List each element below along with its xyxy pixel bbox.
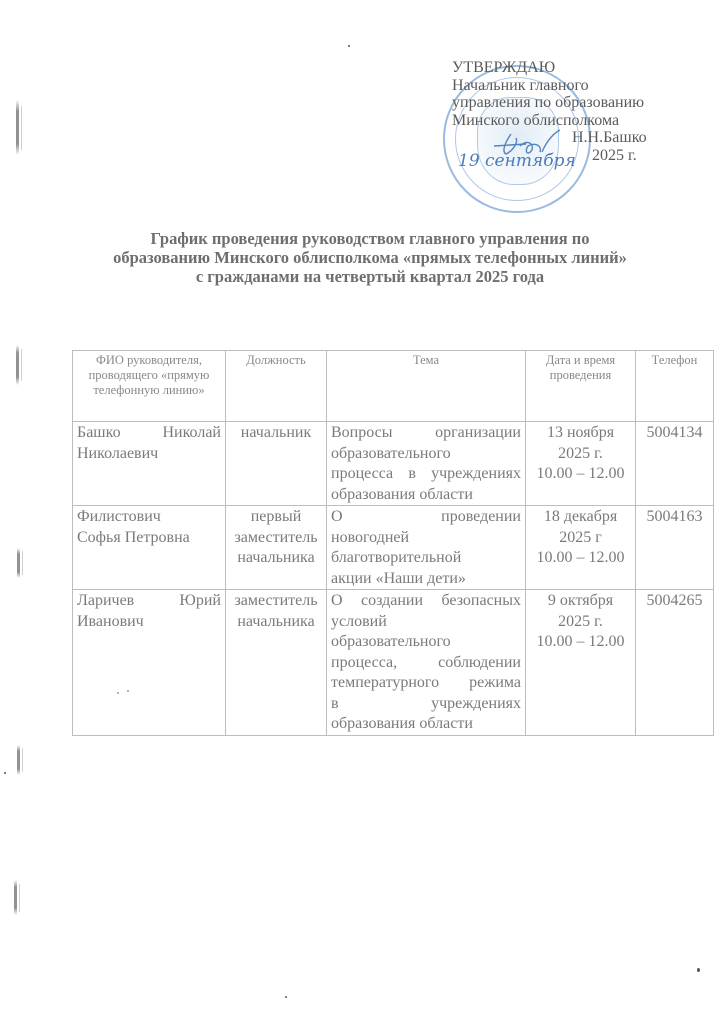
table-row: Башко Николай Николаевич начальник Вопро… (73, 422, 714, 506)
cell-manager-name: Филистович Софья Петровна (73, 506, 226, 590)
header-manager-name: ФИО руководителя, проводящего «прямую те… (73, 351, 226, 422)
scan-mark (17, 745, 20, 775)
document-title: График проведения руководством главного … (60, 229, 680, 286)
title-line: образованию Минского облисполкома «прямы… (60, 248, 680, 267)
table-row: Ларичев Юрий Иванович заместитель началь… (73, 590, 714, 736)
scan-speck (697, 968, 700, 972)
scan-speck (285, 996, 287, 998)
cell-position: первый заместитель начальника (226, 506, 327, 590)
cell-date-time: 13 ноября 2025 г. 10.00 – 12.00 (526, 422, 636, 506)
handwritten-date: 19 сентября (458, 151, 576, 171)
handwritten-signature: 19 сентября (456, 128, 616, 178)
cell-phone: 5004134 (636, 422, 714, 506)
cell-date-time: 9 октября 2025 г. 10.00 – 12.00 (526, 590, 636, 736)
table-row: Филистович Софья Петровна первый замести… (73, 506, 714, 590)
cell-position: заместитель начальника (226, 590, 327, 736)
scan-speck (4, 772, 6, 774)
cell-topic: О проведении новогодней благотворительно… (327, 506, 526, 590)
cell-topic: Вопросы организации образовательного про… (327, 422, 526, 506)
cell-manager-name: Башко Николай Николаевич (73, 422, 226, 506)
cell-manager-name: Ларичев Юрий Иванович (73, 590, 226, 736)
cell-position: начальник (226, 422, 327, 506)
approval-line: управления по образованию (452, 94, 712, 112)
header-date-time: Дата и время проведения (526, 351, 636, 422)
header-position: Должность (226, 351, 327, 422)
cell-topic: О создании безопасных условий образовате… (327, 590, 526, 736)
scan-speck (348, 45, 350, 47)
table-header-row: ФИО руководителя, проводящего «прямую те… (73, 351, 714, 422)
cell-phone: 5004265 (636, 590, 714, 736)
cell-phone: 5004163 (636, 506, 714, 590)
header-phone: Телефон (636, 351, 714, 422)
scan-mark (17, 548, 20, 578)
scan-mark (16, 100, 19, 155)
approval-heading: УТВЕРЖДАЮ (452, 59, 712, 77)
approval-line: Минского облисполкома (452, 112, 712, 130)
scan-mark (16, 345, 19, 385)
title-line: График проведения руководством главного … (60, 229, 680, 248)
header-topic: Тема (327, 351, 526, 422)
approval-line: Начальник главного (452, 77, 712, 95)
schedule-table: ФИО руководителя, проводящего «прямую те… (72, 350, 714, 736)
title-line: с гражданами на четвертый квартал 2025 г… (60, 267, 680, 286)
scanned-document-page: УТВЕРЖДАЮ Начальник главного управления … (0, 0, 725, 1024)
scan-mark (14, 880, 17, 915)
cell-date-time: 18 декабря 2025 г 10.00 – 12.00 (526, 506, 636, 590)
